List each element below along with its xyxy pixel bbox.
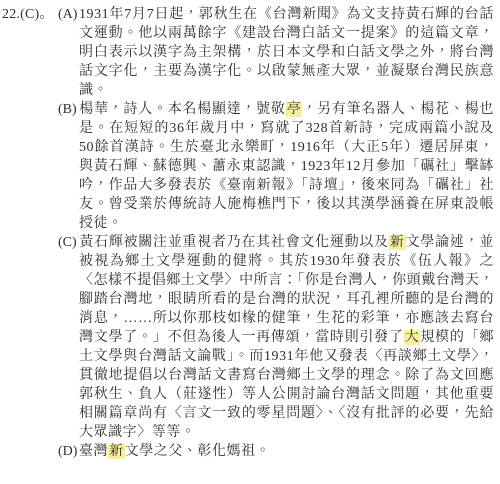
answer-option: (D)臺灣新文學之父、彰化媽祖。 [58,442,494,461]
option-marker: (D) [58,442,79,461]
option-text: 黃石輝被關注並重視者乃在其社會文化運動以及新文學論述，並被視為鄉土文學運動的健將… [79,235,494,440]
option-text-segment: 臺灣 [79,444,108,459]
option-text-segment: 文學之父、彰化媽祖。 [125,444,271,459]
answer-option: (B)楊華，詩人。本名楊顯達，號敬亭，另有筆名器人、楊花、楊也是。在短短的36年… [58,100,494,233]
highlighted-text: 亭 [286,102,303,117]
option-text-segment: 楊華，詩人。本名楊顯達，號敬 [79,102,286,117]
option-text: 楊華，詩人。本名楊顯達，號敬亭，另有筆名器人、楊花、楊也是。在短短的36年歲月中… [79,102,494,231]
answer-option: (A)1931年7月7日起，郭秋生在《台灣新聞》為文支持黃石輝的台話文運動。他以… [58,5,494,100]
option-text-segment: ，另有筆名器人、楊花、楊也是。在短短的36年歲月中，寫就了328首新詩，完成兩篇… [79,102,494,231]
option-marker: (C) [58,233,79,252]
option-text: 1931年7月7日起，郭秋生在《台灣新聞》為文支持黃石輝的台話文運動。他以兩萬餘… [79,7,494,98]
highlighted-text: 新 [389,235,406,250]
option-marker: (A) [58,5,79,24]
question-block: 22.(C)。 (A)1931年7月7日起，郭秋生在《台灣新聞》為文支持黃石輝的… [2,5,494,461]
option-marker: (B) [58,100,79,119]
question-number: 22.(C)。 [2,5,58,24]
option-text-segment: 1931年7月7日起，郭秋生在《台灣新聞》為文支持黃石輝的台話文運動。他以兩萬餘… [79,7,494,98]
option-text-segment: 文學論述，並被視為鄉土文學運動的健將。其於1930年發表於《伍人報》之〈怎樣不提… [79,235,494,345]
highlighted-text: 大 [404,330,421,345]
option-text: 臺灣新文學之父、彰化媽祖。 [79,444,270,459]
option-text-segment: 規模的「鄉土文學與台灣話文論戰」。而1931年他又發表〈再談鄉土文學〉，貫徹地提… [79,330,494,440]
options-list: (A)1931年7月7日起，郭秋生在《台灣新聞》為文支持黃石輝的台話文運動。他以… [58,5,494,461]
answer-option: (C)黃石輝被關注並重視者乃在其社會文化運動以及新文學論述，並被視為鄉土文學運動… [58,233,494,442]
highlighted-text: 新 [108,444,125,459]
option-text-segment: 黃石輝被關注並重視者乃在其社會文化運動以及 [79,235,389,250]
document-page: 22.(C)。 (A)1931年7月7日起，郭秋生在《台灣新聞》為文支持黃石輝的… [0,0,500,484]
